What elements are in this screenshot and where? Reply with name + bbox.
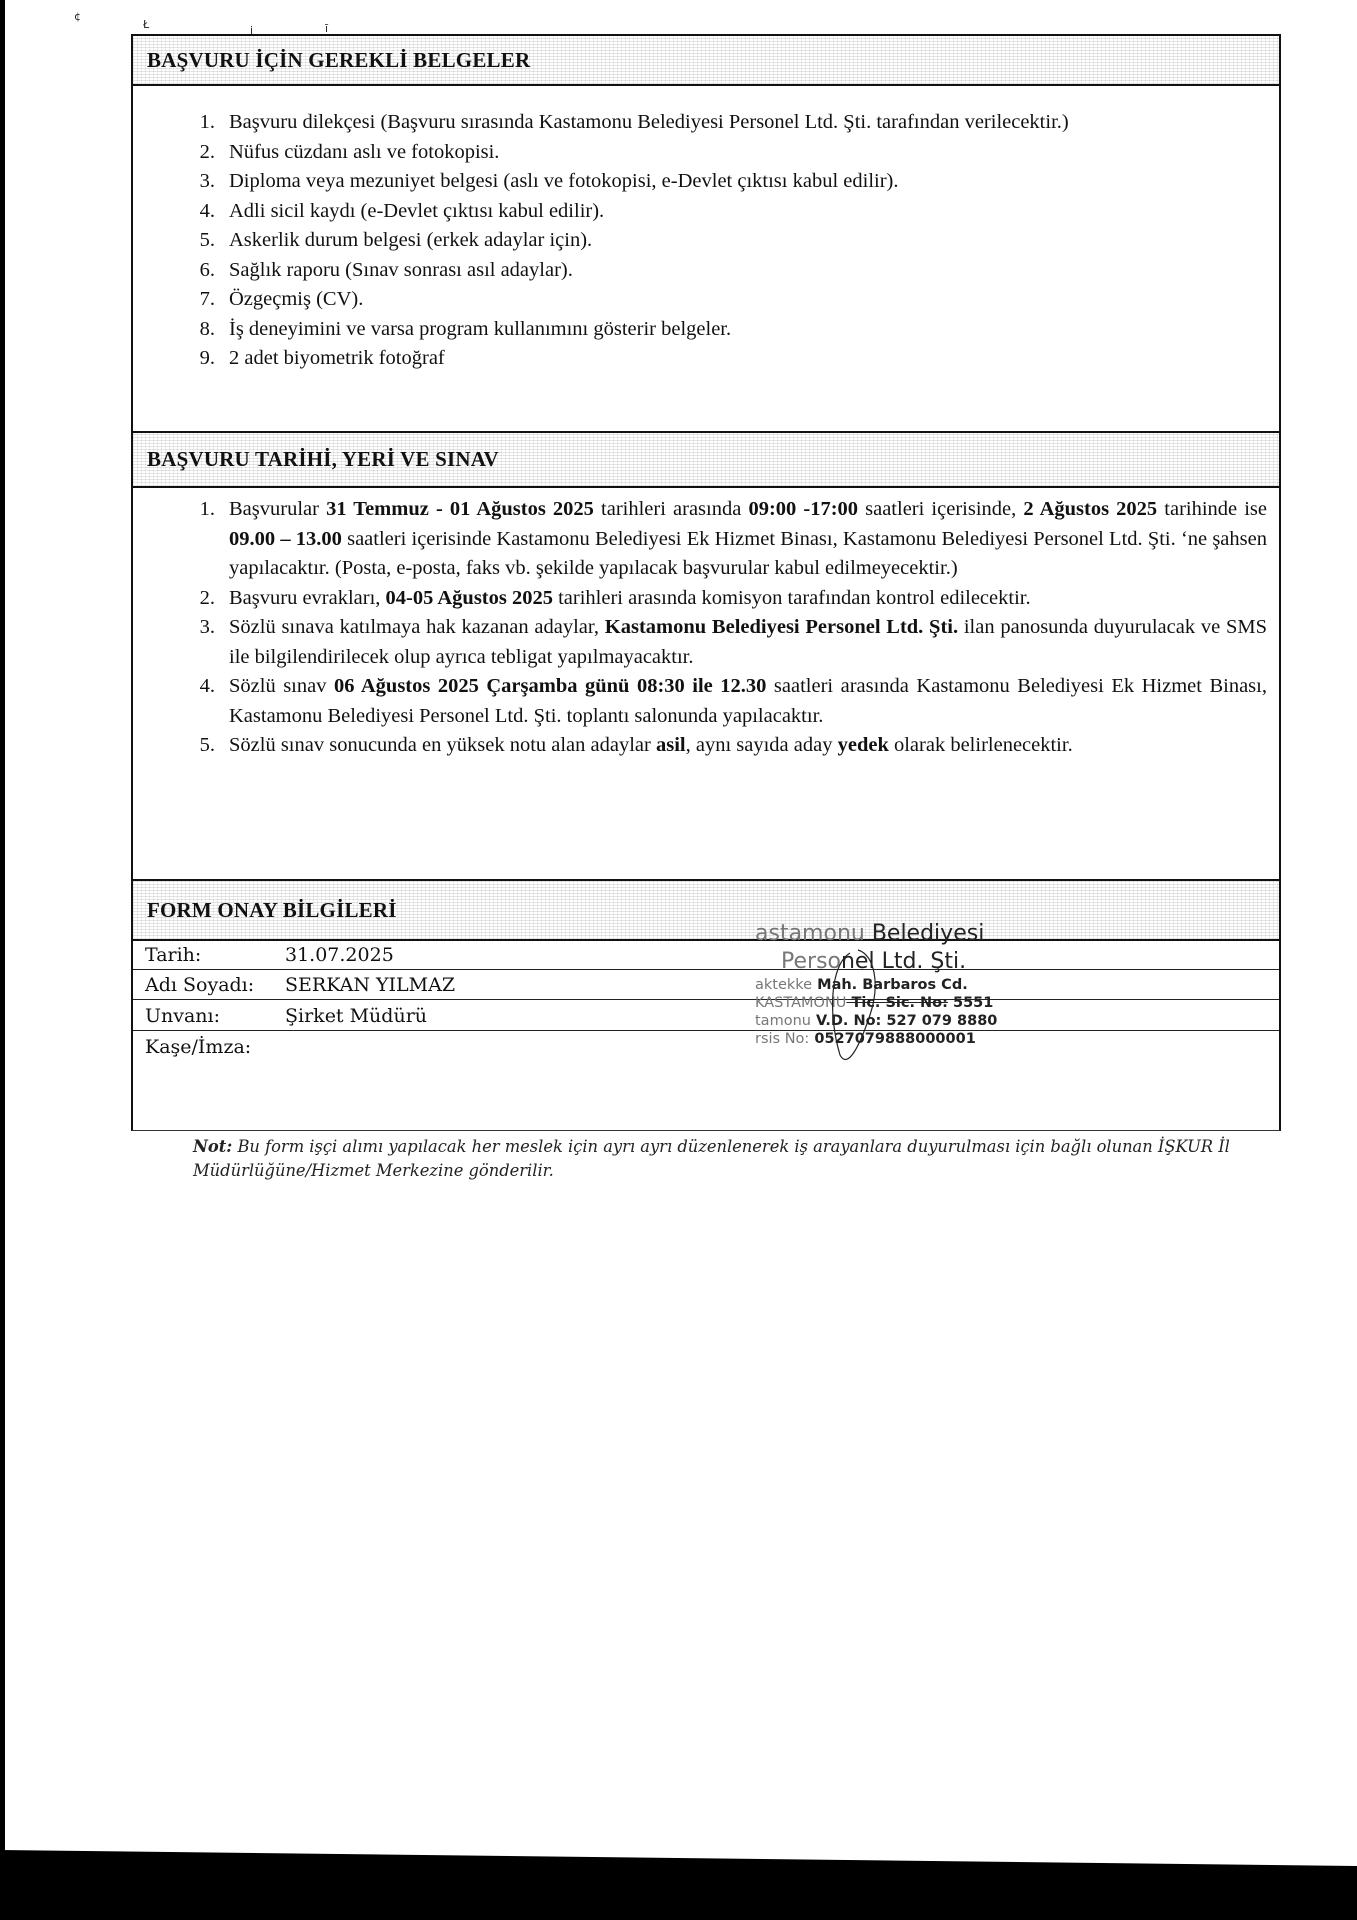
list-item-number: 8. <box>185 315 215 345</box>
form-row-name: Adı Soyadı: SERKAN YILMAZ <box>133 971 1279 1000</box>
list-item-text: Askerlik durum belgesi (erkek adaylar iç… <box>229 229 592 251</box>
list-item-number: 3. <box>185 167 215 197</box>
stamp-signature-value <box>283 1033 285 1129</box>
list-item-number: 1. <box>185 495 215 525</box>
list-item: 1.Başvurular 31 Temmuz - 01 Ağustos 2025… <box>133 495 1279 584</box>
list-item-emphasis: 09.00 – 13.00 <box>229 528 342 550</box>
list-item-text: Sözlü sınava katılmaya hak kazanan adayl… <box>229 616 605 638</box>
section-header-application-date: BAŞVURU TARİHİ, YERİ VE SINAV <box>133 433 1279 488</box>
list-item-number: 5. <box>185 226 215 256</box>
scan-left-edge <box>0 0 5 1870</box>
list-item-text: , aynı sayıda aday <box>686 734 838 756</box>
list-item: 8.İş deneyimini ve varsa program kullanı… <box>133 315 1279 345</box>
list-item-text: İş deneyimini ve varsa program kullanımı… <box>229 318 731 340</box>
list-item-text: Başvuru evrakları, <box>229 587 386 609</box>
list-item-number: 2. <box>185 584 215 614</box>
list-item-emphasis: asil <box>656 734 686 756</box>
list-item: 3.Diploma veya mezuniyet belgesi (aslı v… <box>133 167 1279 197</box>
list-item: 5.Askerlik durum belgesi (erkek adaylar … <box>133 226 1279 256</box>
stamp-line: tamonu V.D. No: 527 079 8880 <box>755 1012 1075 1030</box>
form-row-stamp-signature: Kaşe/İmza: <box>133 1033 1279 1129</box>
list-item-number: 7. <box>185 285 215 315</box>
list-item-text: Diploma veya mezuniyet belgesi (aslı ve … <box>229 170 898 192</box>
list-item-number: 3. <box>185 613 215 643</box>
stamp-line: Personel Ltd. Şti. <box>755 948 1075 976</box>
stamp-line: astamonu Belediyesi <box>755 920 1075 948</box>
signature-icon <box>820 945 900 1075</box>
footnote-text: Bu form işçi alımı yapılacak her meslek … <box>193 1137 1230 1180</box>
list-item-text: Adli sicil kaydı (e-Devlet çıktısı kabul… <box>229 200 604 222</box>
list-item-number: 9. <box>185 344 215 374</box>
title-value: Şirket Müdürü <box>283 1002 427 1030</box>
application-form-table: BAŞVURU İÇİN GEREKLİ BELGELER 1.Başvuru … <box>131 34 1281 1131</box>
list-item: 2.Başvuru evrakları, 04-05 Ağustos 2025 … <box>133 584 1279 614</box>
list-item-emphasis: 31 Temmuz - 01 Ağustos 2025 <box>326 498 594 520</box>
footnote-label: Not: <box>193 1137 232 1156</box>
list-item-text: Başvuru dilekçesi (Başvuru sırasında Kas… <box>229 111 1069 133</box>
list-item-emphasis: yedek <box>838 734 889 756</box>
stamp-line: KASTAMONU Tic. Sic. No: 5551 <box>755 994 1075 1012</box>
list-item-text: tarihinde ise <box>1157 498 1267 520</box>
list-item-emphasis: Kastamonu Belediyesi Personel Ltd. Şti. <box>605 616 958 638</box>
list-item: 2.Nüfus cüzdanı aslı ve fotokopisi. <box>133 138 1279 168</box>
list-item-emphasis: 2 Ağustos 2025 <box>1023 498 1157 520</box>
application-date-list: 1.Başvurular 31 Temmuz - 01 Ağustos 2025… <box>133 495 1279 761</box>
list-item: 7.Özgeçmiş (CV). <box>133 285 1279 315</box>
section-header-required-documents: BAŞVURU İÇİN GEREKLİ BELGELER <box>133 36 1279 86</box>
list-item-number: 2. <box>185 138 215 168</box>
scan-bottom-edge <box>0 1830 1357 1920</box>
stamp-line: rsis No: 0527079888000001 <box>755 1030 1075 1048</box>
list-item: 4.Adli sicil kaydı (e-Devlet çıktısı kab… <box>133 197 1279 227</box>
name-label: Adı Soyadı: <box>133 971 283 999</box>
list-item-text: 2 adet biyometrik fotoğraf <box>229 347 445 369</box>
list-item-text: Başvurular <box>229 498 326 520</box>
list-item-text: Sözlü sınav sonucunda en yüksek notu ala… <box>229 734 656 756</box>
list-item-emphasis: 04-05 Ağustos 2025 <box>386 587 553 609</box>
list-item-emphasis: 06 Ağustos 2025 Çarşamba günü 08:30 ile … <box>334 675 766 697</box>
list-item-number: 4. <box>185 197 215 227</box>
required-documents-list: 1.Başvuru dilekçesi (Başvuru sırasında K… <box>133 108 1279 374</box>
list-item: 6.Sağlık raporu (Sınav sonrası asıl aday… <box>133 256 1279 286</box>
date-value: 31.07.2025 <box>283 941 394 969</box>
form-row-date: Tarih: 31.07.2025 <box>133 941 1279 970</box>
list-item: 1.Başvuru dilekçesi (Başvuru sırasında K… <box>133 108 1279 138</box>
list-item-text: Özgeçmiş (CV). <box>229 288 363 310</box>
list-item: 5.Sözlü sınav sonucunda en yüksek notu a… <box>133 731 1279 761</box>
list-item-number: 1. <box>185 108 215 138</box>
date-label: Tarih: <box>133 941 283 969</box>
list-item-text: Sözlü sınav <box>229 675 334 697</box>
list-item: 4.Sözlü sınav 06 Ağustos 2025 Çarşamba g… <box>133 672 1279 731</box>
section-header-form-approval: FORM ONAY BİLGİLERİ <box>133 881 1279 941</box>
list-item-emphasis: 09:00 -17:00 <box>748 498 858 520</box>
list-item-text: Sağlık raporu (Sınav sonrası asıl adayla… <box>229 259 573 281</box>
footnote: Not: Bu form işçi alımı yapılacak her me… <box>193 1135 1268 1183</box>
section-title: BAŞVURU İÇİN GEREKLİ BELGELER <box>147 48 530 73</box>
list-item: 9.2 adet biyometrik fotoğraf <box>133 344 1279 374</box>
list-item-text: tarihleri arasında <box>594 498 749 520</box>
section-title: BAŞVURU TARİHİ, YERİ VE SINAV <box>147 447 499 472</box>
stamp-signature-label: Kaşe/İmza: <box>133 1033 283 1129</box>
list-item: 3.Sözlü sınava katılmaya hak kazanan ada… <box>133 613 1279 672</box>
scan-artifact-mark: ¢ <box>74 10 81 23</box>
list-item-number: 5. <box>185 731 215 761</box>
list-item-number: 6. <box>185 256 215 286</box>
scan-artifact-mark: Ł <box>143 18 149 31</box>
list-item-text: tarihleri arasında komisyon tarafından k… <box>553 587 1031 609</box>
section-title: FORM ONAY BİLGİLERİ <box>147 898 397 923</box>
list-item-text: saatleri içerisinde, <box>858 498 1023 520</box>
list-item-text: saatleri içerisinde Kastamonu Belediyesi… <box>229 528 1267 580</box>
list-item-text: Nüfus cüzdanı aslı ve fotokopisi. <box>229 141 499 163</box>
title-label: Unvanı: <box>133 1002 283 1030</box>
list-item-text: olarak belirlenecektir. <box>889 734 1073 756</box>
company-stamp: astamonu Belediyesi Personel Ltd. Şti. a… <box>755 920 1075 1048</box>
stamp-line: aktekke Mah. Barbaros Cd. <box>755 976 1075 994</box>
form-row-title: Unvanı: Şirket Müdürü <box>133 1002 1279 1031</box>
name-value: SERKAN YILMAZ <box>283 971 455 999</box>
list-item-number: 4. <box>185 672 215 702</box>
